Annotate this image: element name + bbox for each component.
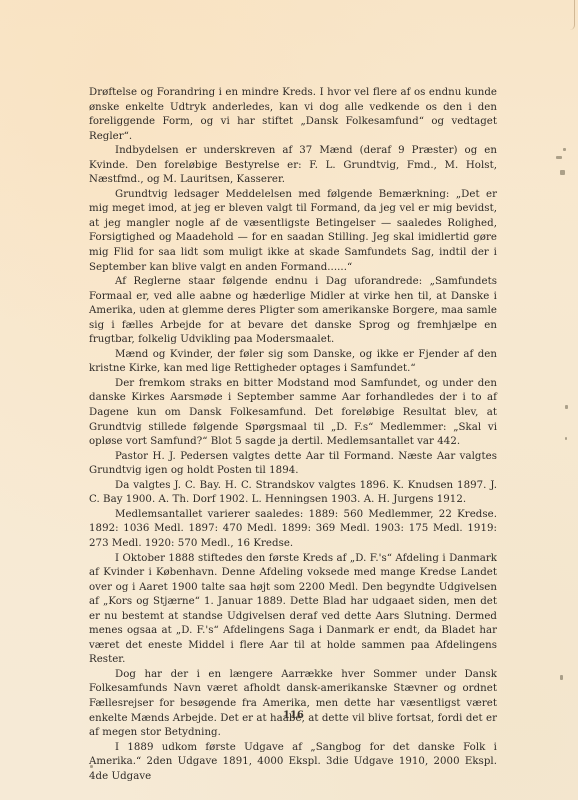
paper-blemish — [565, 405, 568, 409]
paragraph: I 1889 udkom første Udgave af „Sangbog f… — [89, 741, 497, 785]
page-number: 116 — [283, 710, 304, 721]
paragraph: Medlemsantallet varierer saaledes: 1889:… — [89, 508, 497, 552]
paper-blemish — [556, 156, 562, 159]
body-text: Drøftelse og Forandring i en mindre Kred… — [89, 86, 497, 784]
paragraph: I Oktober 1888 stiftedes den første Kred… — [89, 552, 497, 668]
paragraph: Dog har der i en længere Aarrække hver S… — [89, 668, 497, 741]
paragraph: Pastor H. J. Pedersen valgtes dette Aar … — [89, 450, 497, 479]
paragraph: Da valgtes J. C. Bay. H. C. Strandskov v… — [89, 479, 497, 508]
paper-blemish — [560, 170, 565, 175]
paragraph: Indbydelsen er underskreven af 37 Mænd (… — [89, 144, 497, 188]
paper-blemish — [563, 148, 566, 151]
paragraph: Mænd og Kvinder, der føler sig som Dansk… — [89, 348, 497, 377]
page-edge-curl — [570, 0, 575, 30]
paper-blemish — [560, 675, 563, 680]
paper-blemish — [90, 765, 93, 768]
paragraph: Drøftelse og Forandring i en mindre Kred… — [89, 86, 497, 144]
paper-blemish — [565, 437, 567, 440]
paragraph: Af Reglerne staar følgende endnu i Dag u… — [89, 275, 497, 348]
paragraph: Der fremkom straks en bitter Modstand mo… — [89, 377, 497, 450]
paragraph: Grundtvig ledsager Meddelelsen med følge… — [89, 188, 497, 275]
